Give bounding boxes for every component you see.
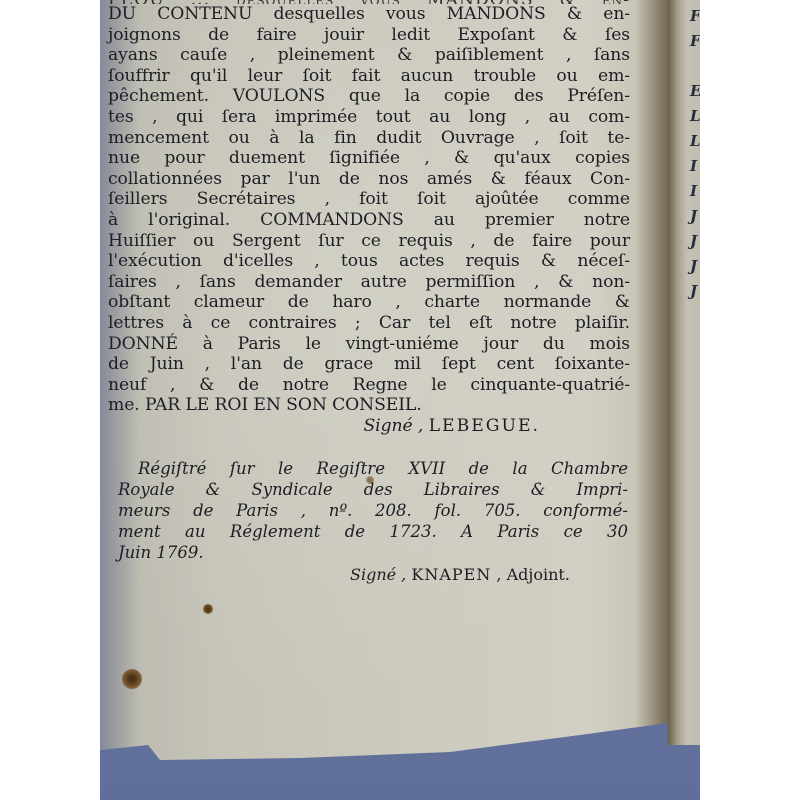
text-line: ayans cauſe , pleinement & paiſiblement … (108, 45, 630, 66)
text-line: me. PAR LE ROI EN SON CONSEIL. (108, 395, 630, 416)
registration-line: meurs de Paris , nº. 208. fol. 705. conf… (118, 500, 628, 521)
text-line: joignons de faire jouir ledit Expoſant &… (108, 25, 630, 46)
text-line: DONNÉ à Paris le vingt-uniéme jour du mo… (108, 334, 630, 355)
facing-page-letters: F F E L L I I J J J J (690, 4, 700, 304)
foxing-spot (122, 669, 142, 689)
registration-line: ment au Réglement de 1723. A Paris ce 30 (118, 521, 628, 542)
signature-knapen: Signé , KNAPEN , Adjoint. (350, 565, 570, 584)
text-line: mencement ou à la fin dudit Ouvrage , ſo… (108, 128, 630, 149)
text-line: PEOU ... desquelles vous MANDONS & en- (108, 0, 630, 4)
text-line: collationnées par l'un de nos amés & féa… (108, 169, 630, 190)
text-line: ſouffrir qu'il leur ſoit fait aucun trou… (108, 66, 630, 87)
signature-lebegue: Signé , LEBEGUE. (108, 416, 630, 437)
text-line: ſaires , ſans demander autre permiſſion … (108, 272, 630, 293)
text-line: obſtant clameur de haro , charte normand… (108, 292, 630, 313)
text-line: pêchement. VOULONS que la copie des Préſ… (108, 86, 630, 107)
text-line: ſeillers Secrétaires , foit ſoit ajoûtée… (108, 189, 630, 210)
facing-page-edge: F F E L L I I J J J J (668, 0, 700, 745)
registration-line: Régiſtré ſur le Regiſtre XVII de la Cham… (118, 458, 628, 479)
registration-line: Royale & Syndicale des Libraires & Impri… (118, 479, 628, 500)
text-line: de Juin , l'an de grace mil ſept cent ſo… (108, 354, 630, 375)
text-line: lettres à ce contraires ; Car tel eſt no… (108, 313, 630, 334)
privilege-text: PEOU ... desquelles vous MANDONS & en- D… (108, 0, 630, 436)
text-line: l'exécution d'icelles , tous actes requi… (108, 251, 630, 272)
text-line: Huiſſier ou Sergent ſur ce requis , de f… (108, 231, 630, 252)
text-line: DU CONTENU desquelles vous MANDONS & en- (108, 4, 630, 25)
registration-text: Régiſtré ſur le Regiſtre XVII de la Cham… (118, 458, 628, 563)
text-line: neuf , & de notre Regne le cinquante-qua… (108, 375, 630, 396)
registration-line: Juin 1769. (118, 542, 628, 563)
text-line: nue pour duement ſignifiée , & qu'aux co… (108, 148, 630, 169)
foxing-spot (203, 604, 213, 614)
text-line: tes , qui ſera imprimée tout au long , a… (108, 107, 630, 128)
text-line: à l'original. COMMANDONS au premier notr… (108, 210, 630, 231)
